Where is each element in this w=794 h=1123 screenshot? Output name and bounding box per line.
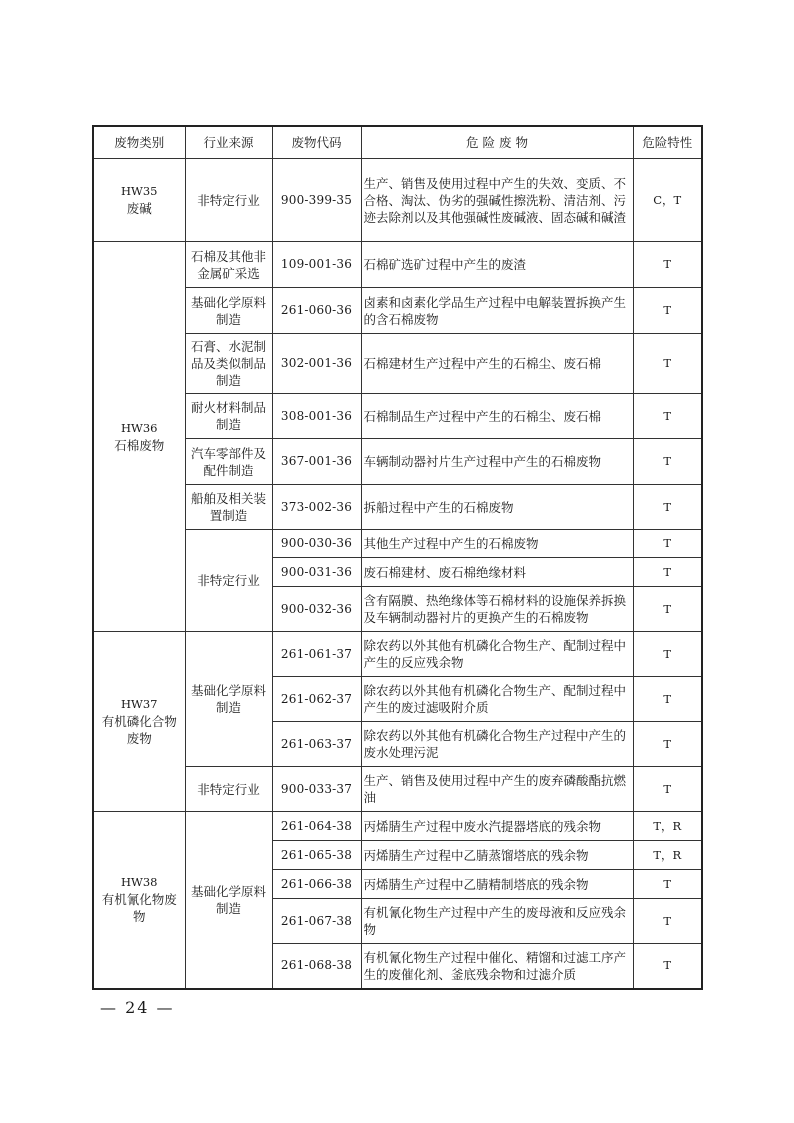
table-row: 非特定行业 900-033-37 生产、销售及使用过程中产生的废弃磷酸酯抗燃油 … (93, 767, 702, 812)
description-cell: 除农药以外其他有机磷化合物生产、配制过程中产生的废过滤吸附介质 (361, 677, 633, 722)
hazard-cell: T，R (633, 841, 702, 870)
table-row: 石膏、水泥制品及类似制品制造 302-001-36 石棉建材生产过程中产生的石棉… (93, 334, 702, 394)
table-row: 基础化学原料制造 261-060-36 卤素和卤素化学品生产过程中电解装置拆换产… (93, 288, 702, 334)
source-cell: 石膏、水泥制品及类似制品制造 (185, 334, 272, 394)
hazard-cell: T (633, 870, 702, 899)
code-cell: 308-001-36 (272, 394, 361, 439)
code-cell: 302-001-36 (272, 334, 361, 394)
header-description: 危 险 废 物 (361, 126, 633, 159)
category-code: HW36 (96, 420, 183, 437)
description-cell: 除农药以外其他有机磷化合物生产、配制过程中产生的反应残余物 (361, 632, 633, 677)
code-cell: 367-001-36 (272, 439, 361, 485)
hazard-cell: C，T (633, 159, 702, 242)
hazard-cell: T (633, 944, 702, 989)
hazard-cell: T (633, 558, 702, 587)
source-cell: 船舶及相关装置制造 (185, 485, 272, 530)
category-code: HW37 (96, 696, 183, 713)
code-cell: 261-064-38 (272, 812, 361, 841)
code-cell: 261-066-38 (272, 870, 361, 899)
source-cell: 非特定行业 (185, 530, 272, 632)
description-cell: 车辆制动器衬片生产过程中产生的石棉废物 (361, 439, 633, 485)
hazard-cell: T (633, 899, 702, 944)
code-cell: 900-031-36 (272, 558, 361, 587)
table-row: 船舶及相关装置制造 373-002-36 拆船过程中产生的石棉废物 T (93, 485, 702, 530)
hazard-cell: T (633, 485, 702, 530)
table-row: 非特定行业 900-030-36 其他生产过程中产生的石棉废物 T (93, 530, 702, 558)
hazard-cell: T (633, 242, 702, 288)
code-cell: 261-065-38 (272, 841, 361, 870)
code-cell: 261-068-38 (272, 944, 361, 989)
description-cell: 除农药以外其他有机磷化合物生产过程中产生的废水处理污泥 (361, 722, 633, 767)
code-cell: 109-001-36 (272, 242, 361, 288)
category-name: 石棉废物 (96, 437, 183, 454)
source-cell: 基础化学原料制造 (185, 288, 272, 334)
header-category: 废物类别 (93, 126, 185, 159)
category-name: 有机磷化合物废物 (96, 713, 183, 747)
source-cell: 耐火材料制品制造 (185, 394, 272, 439)
hazard-cell: T (633, 677, 702, 722)
source-cell: 汽车零部件及配件制造 (185, 439, 272, 485)
hazard-cell: T (633, 439, 702, 485)
code-cell: 900-030-36 (272, 530, 361, 558)
table-row: HW37 有机磷化合物废物 基础化学原料制造 261-061-37 除农药以外其… (93, 632, 702, 677)
category-name: 废碱 (96, 200, 183, 217)
description-cell: 生产、销售及使用过程中产生的失效、变质、不合格、淘汰、伪劣的强碱性擦洗粉、清洁剂… (361, 159, 633, 242)
source-cell: 基础化学原料制造 (185, 812, 272, 989)
hazard-cell: T (633, 587, 702, 632)
description-cell: 其他生产过程中产生的石棉废物 (361, 530, 633, 558)
hazard-cell: T (633, 722, 702, 767)
description-cell: 丙烯腈生产过程中乙腈蒸馏塔底的残余物 (361, 841, 633, 870)
code-cell: 373-002-36 (272, 485, 361, 530)
code-cell: 261-067-38 (272, 899, 361, 944)
code-cell: 261-061-37 (272, 632, 361, 677)
header-source: 行业来源 (185, 126, 272, 159)
category-cell: HW35 废碱 (93, 159, 185, 242)
hazardous-waste-table: 废物类别 行业来源 废物代码 危 险 废 物 危险特性 HW35 废碱 非特定行… (92, 125, 703, 990)
description-cell: 石棉矿选矿过程中产生的废渣 (361, 242, 633, 288)
description-cell: 石棉建材生产过程中产生的石棉尘、废石棉 (361, 334, 633, 394)
code-cell: 900-399-35 (272, 159, 361, 242)
code-cell: 261-062-37 (272, 677, 361, 722)
table-row: HW36 石棉废物 石棉及其他非金属矿采选 109-001-36 石棉矿选矿过程… (93, 242, 702, 288)
description-cell: 丙烯腈生产过程中乙腈精制塔底的残余物 (361, 870, 633, 899)
hazard-cell: T (633, 632, 702, 677)
table-row: 汽车零部件及配件制造 367-001-36 车辆制动器衬片生产过程中产生的石棉废… (93, 439, 702, 485)
description-cell: 含有隔膜、热绝缘体等石棉材料的设施保养拆换及车辆制动器衬片的更换产生的石棉废物 (361, 587, 633, 632)
source-cell: 非特定行业 (185, 159, 272, 242)
code-cell: 900-033-37 (272, 767, 361, 812)
table-row: HW35 废碱 非特定行业 900-399-35 生产、销售及使用过程中产生的失… (93, 159, 702, 242)
category-code: HW35 (96, 183, 183, 200)
page-number: — 24 — (100, 998, 175, 1017)
hazard-cell: T，R (633, 812, 702, 841)
code-cell: 261-060-36 (272, 288, 361, 334)
description-cell: 丙烯腈生产过程中废水汽提器塔底的残余物 (361, 812, 633, 841)
description-cell: 石棉制品生产过程中产生的石棉尘、废石棉 (361, 394, 633, 439)
source-cell: 基础化学原料制造 (185, 632, 272, 767)
hazard-cell: T (633, 530, 702, 558)
category-cell: HW36 石棉废物 (93, 242, 185, 632)
header-hazard: 危险特性 (633, 126, 702, 159)
code-cell: 900-032-36 (272, 587, 361, 632)
hazard-cell: T (633, 394, 702, 439)
hazard-cell: T (633, 767, 702, 812)
description-cell: 废石棉建材、废石棉绝缘材料 (361, 558, 633, 587)
hazard-cell: T (633, 334, 702, 394)
category-code: HW38 (96, 874, 183, 891)
table-row: HW38 有机氰化物废物 基础化学原料制造 261-064-38 丙烯腈生产过程… (93, 812, 702, 841)
header-code: 废物代码 (272, 126, 361, 159)
hazard-cell: T (633, 288, 702, 334)
description-cell: 拆船过程中产生的石棉废物 (361, 485, 633, 530)
code-cell: 261-063-37 (272, 722, 361, 767)
description-cell: 卤素和卤素化学品生产过程中电解装置拆换产生的含石棉废物 (361, 288, 633, 334)
category-cell: HW37 有机磷化合物废物 (93, 632, 185, 812)
category-name: 有机氰化物废物 (96, 891, 183, 925)
description-cell: 生产、销售及使用过程中产生的废弃磷酸酯抗燃油 (361, 767, 633, 812)
table-row: 耐火材料制品制造 308-001-36 石棉制品生产过程中产生的石棉尘、废石棉 … (93, 394, 702, 439)
table-header-row: 废物类别 行业来源 废物代码 危 险 废 物 危险特性 (93, 126, 702, 159)
description-cell: 有机氰化物生产过程中催化、精馏和过滤工序产生的废催化剂、釜底残余物和过滤介质 (361, 944, 633, 989)
source-cell: 石棉及其他非金属矿采选 (185, 242, 272, 288)
description-cell: 有机氰化物生产过程中产生的废母液和反应残余物 (361, 899, 633, 944)
category-cell: HW38 有机氰化物废物 (93, 812, 185, 989)
source-cell: 非特定行业 (185, 767, 272, 812)
